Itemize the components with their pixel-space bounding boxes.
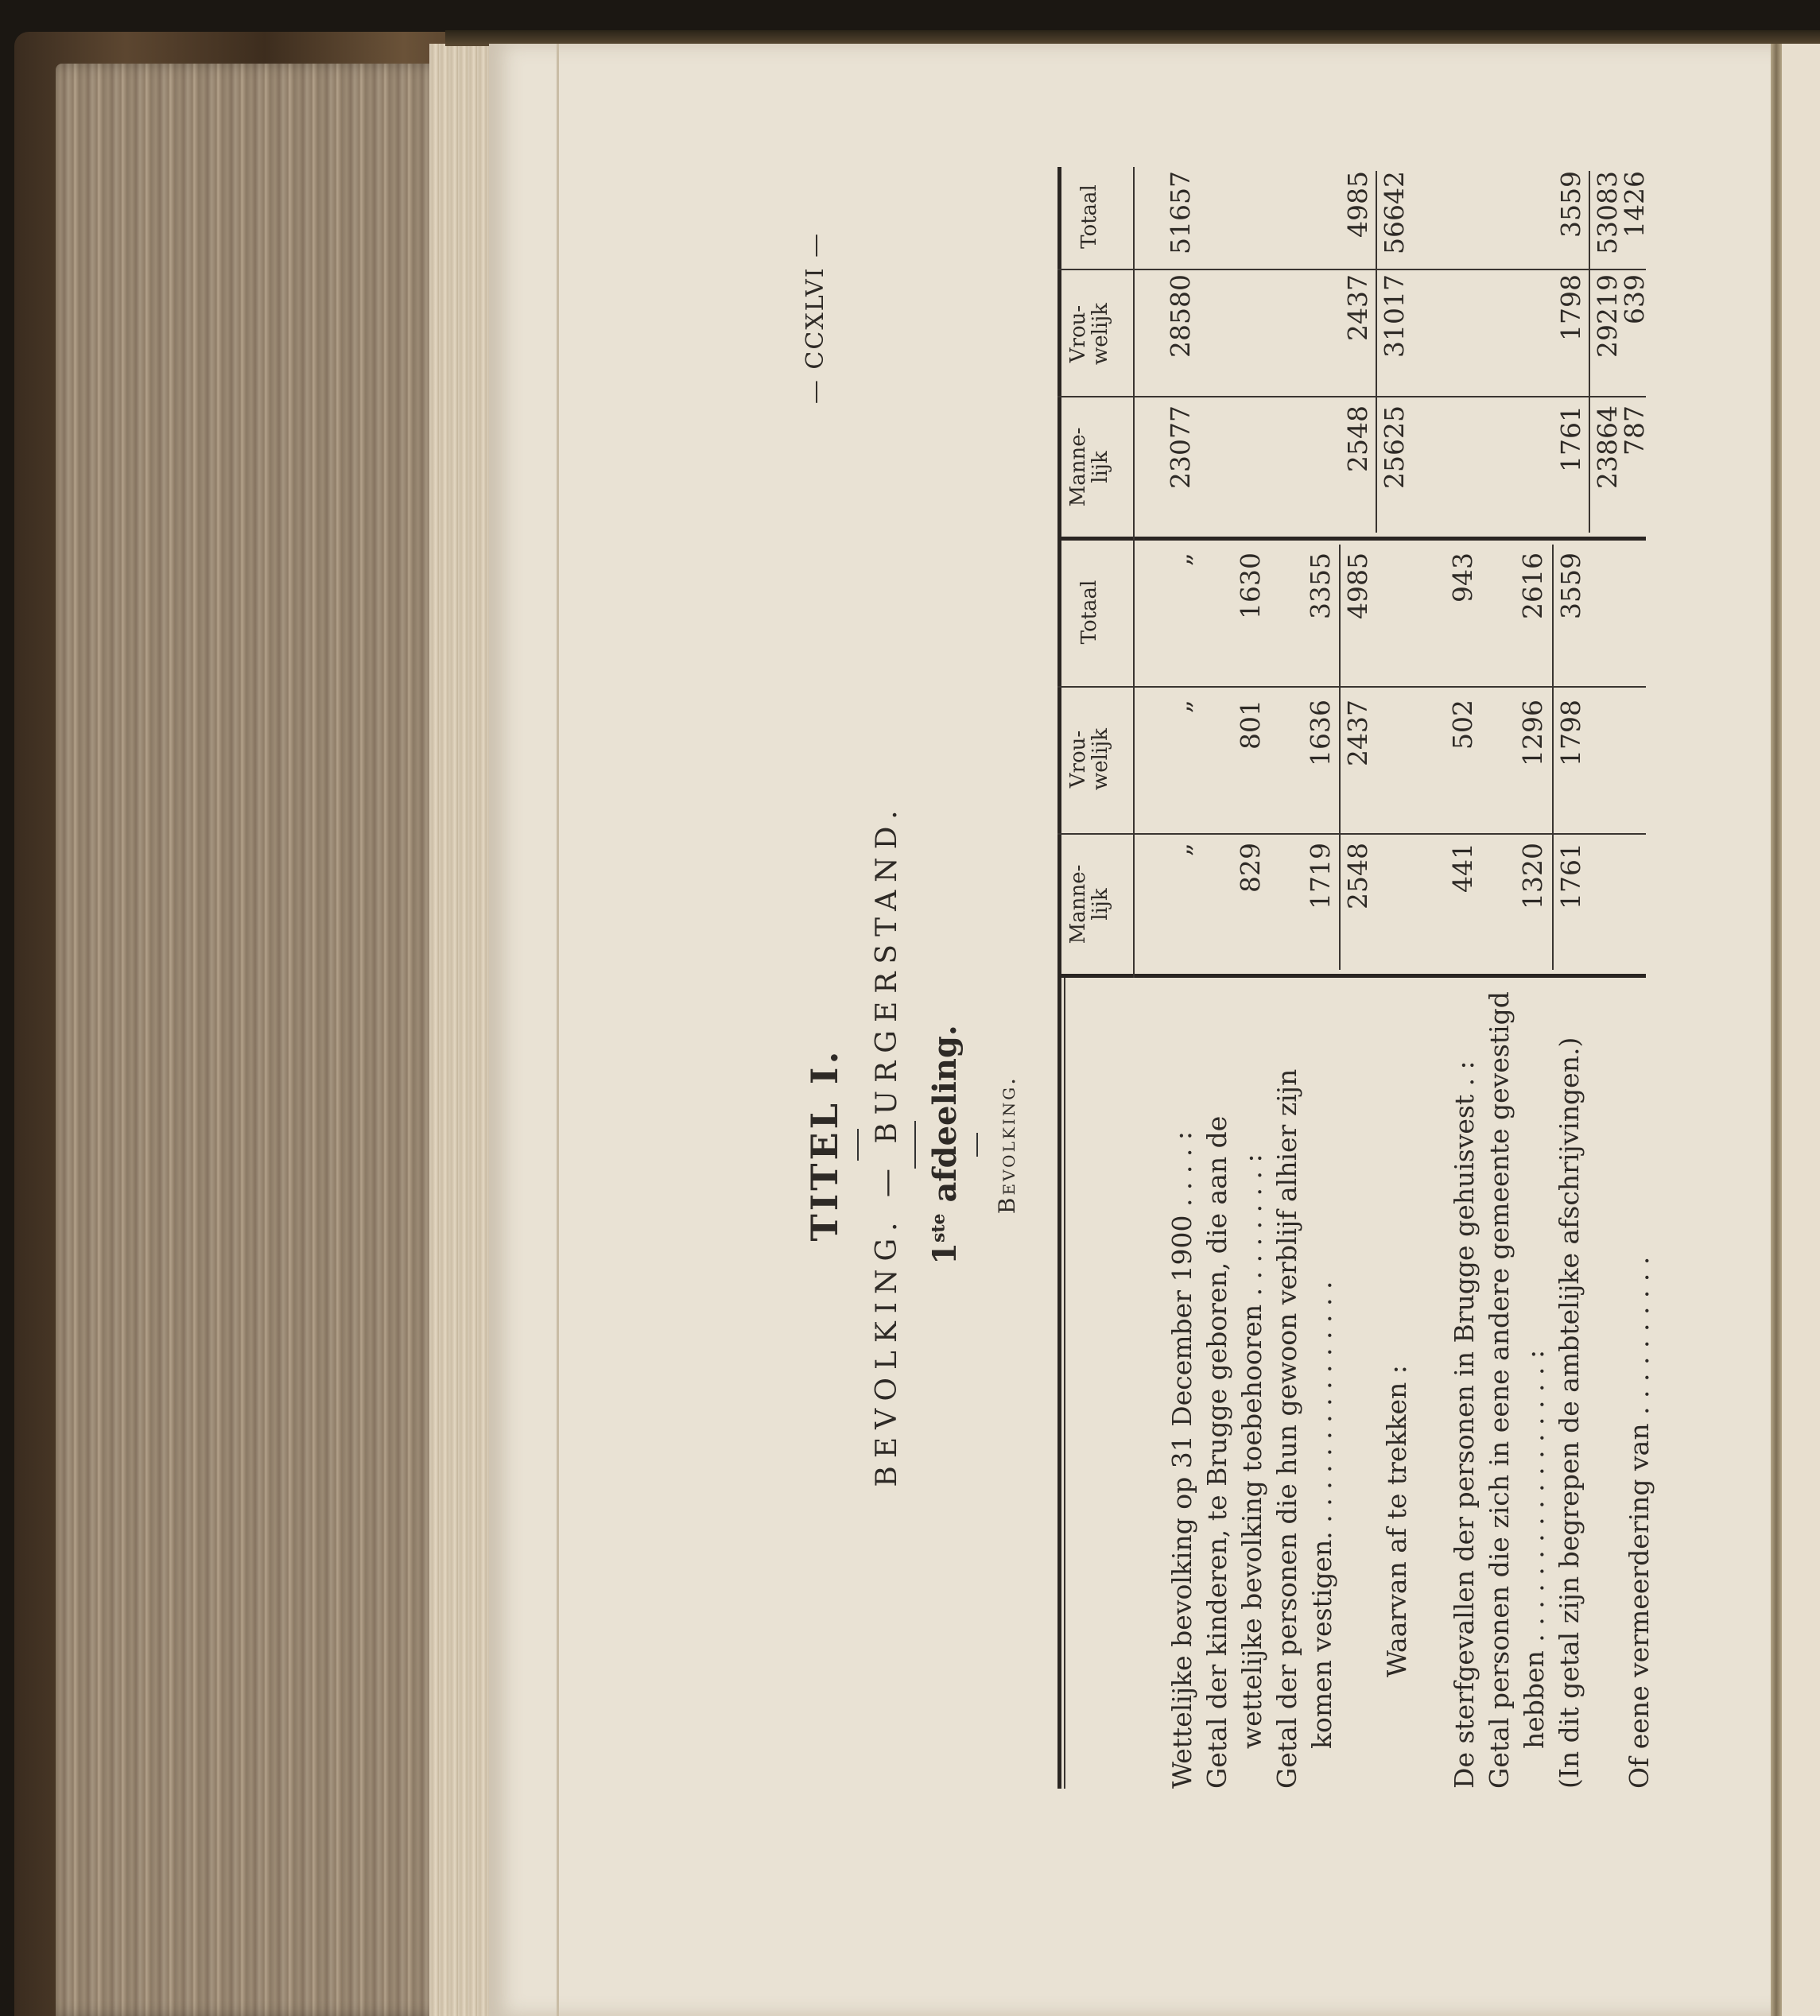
cell: 2548 bbox=[1342, 405, 1373, 525]
subsection-heading: Bevolking. bbox=[994, 501, 1020, 1789]
page-fold-line bbox=[557, 44, 559, 2016]
table-rule bbox=[1057, 978, 1061, 1789]
cell: 28580 bbox=[1165, 274, 1196, 394]
cell: 787 bbox=[1619, 405, 1650, 525]
cell: 1719 bbox=[1305, 843, 1336, 962]
row-label: Getal personen die zich in eene andere g… bbox=[1482, 991, 1517, 1789]
cell: 31017 bbox=[1379, 274, 1410, 394]
table-rule bbox=[1133, 167, 1135, 978]
divider bbox=[976, 1133, 978, 1157]
cell: 2616 bbox=[1517, 552, 1548, 672]
subtotal-rule bbox=[1339, 545, 1341, 970]
row-label: komen vestigen. . . . . . . . . . . . . … bbox=[1305, 1281, 1340, 1749]
table-rule bbox=[1057, 537, 1646, 541]
header-totaal-right: Totaal bbox=[1078, 167, 1100, 266]
row-label: hebben . . . . . . . . . . . . . . . . .… bbox=[1517, 1350, 1552, 1749]
cell: 1320 bbox=[1517, 843, 1548, 962]
facing-page bbox=[1782, 44, 1820, 2016]
row-label: Getal der personen die hun gewoon verbli… bbox=[1270, 1069, 1305, 1789]
printed-content: — CCXLVI — TITEL I. BEVOLKING. — BURGERS… bbox=[795, 159, 1654, 1789]
cell: 1636 bbox=[1305, 700, 1336, 819]
header-mannelijk: Manne-lijk bbox=[1067, 839, 1112, 970]
cell: 1798 bbox=[1555, 274, 1586, 394]
row-label: (In dit getal zijn begrepen de ambtelijk… bbox=[1552, 1037, 1587, 1789]
cell: 3559 bbox=[1555, 552, 1586, 672]
column-divider bbox=[1057, 686, 1646, 688]
header-vrouwelijk: Vrou-welijk bbox=[1067, 692, 1112, 827]
cell: 943 bbox=[1447, 552, 1478, 672]
page-number: — CCXLVI — bbox=[801, 159, 829, 477]
header-vrouwelijk-right: Vrou-welijk bbox=[1067, 274, 1112, 394]
subtotal-rule bbox=[1589, 171, 1590, 533]
row-label: Wettelijke bevolking op 31 December 1900… bbox=[1165, 1131, 1200, 1789]
row-label: Of eene vermeerdering van . . . . . . . … bbox=[1622, 1257, 1657, 1789]
row-label: wettelijke bevolking toebehooren . . . .… bbox=[1235, 1153, 1270, 1749]
cell: 1630 bbox=[1235, 552, 1266, 672]
cell: 2437 bbox=[1342, 700, 1373, 819]
cell: 2437 bbox=[1342, 274, 1373, 394]
cell: 3559 bbox=[1555, 171, 1586, 278]
cell: „ bbox=[1165, 700, 1196, 819]
table-rule bbox=[1064, 978, 1065, 1789]
cell: 829 bbox=[1235, 843, 1266, 962]
cell: 639 bbox=[1619, 274, 1650, 394]
table-rule bbox=[1057, 167, 1061, 978]
cell: 3355 bbox=[1305, 552, 1336, 672]
cell: 25625 bbox=[1379, 405, 1410, 525]
cell: 23077 bbox=[1165, 405, 1196, 525]
header-mannelijk-right: Manne-lijk bbox=[1067, 401, 1112, 533]
column-divider bbox=[1057, 396, 1646, 397]
book-gutter bbox=[1771, 44, 1782, 2016]
cell: 4985 bbox=[1342, 171, 1373, 278]
subtotal-rule bbox=[1376, 171, 1377, 533]
cell: 1426 bbox=[1619, 171, 1650, 278]
row-label: Waarvan af te trekken : bbox=[1380, 1365, 1414, 1677]
page-edges-thin bbox=[429, 44, 493, 2016]
population-table: Manne-lijk Vrou-welijk Totaal Manne-lijk… bbox=[1057, 167, 1646, 1789]
cell: 56642 bbox=[1379, 171, 1410, 278]
divider bbox=[857, 1129, 859, 1161]
page-title: TITEL I. bbox=[803, 501, 846, 1789]
page-subtitle: BEVOLKING. — BURGERSTAND. bbox=[871, 501, 903, 1789]
cell: 1798 bbox=[1555, 700, 1586, 819]
row-label: Getal der kinderen, te Brugge geboren, d… bbox=[1200, 1116, 1235, 1789]
divider bbox=[914, 1121, 916, 1169]
cell: 1761 bbox=[1555, 405, 1586, 525]
cell: „ bbox=[1165, 843, 1196, 962]
cell: 2548 bbox=[1342, 843, 1373, 962]
cell: 502 bbox=[1447, 700, 1478, 819]
cell: 51657 bbox=[1165, 171, 1196, 278]
row-label: De sterfgevallen der personen in Brugge … bbox=[1447, 1060, 1482, 1789]
cell: 1296 bbox=[1517, 700, 1548, 819]
cell: 441 bbox=[1447, 843, 1478, 962]
cell: 1761 bbox=[1555, 843, 1586, 962]
header-totaal: Totaal bbox=[1078, 545, 1100, 680]
section-heading: 1ste afdeeling. bbox=[926, 501, 964, 1789]
cell: „ bbox=[1165, 552, 1196, 672]
table-rule bbox=[1057, 974, 1646, 978]
cell: 4985 bbox=[1342, 552, 1373, 672]
column-divider bbox=[1057, 833, 1646, 835]
cell: 801 bbox=[1235, 700, 1266, 819]
subtotal-rule bbox=[1552, 545, 1554, 970]
